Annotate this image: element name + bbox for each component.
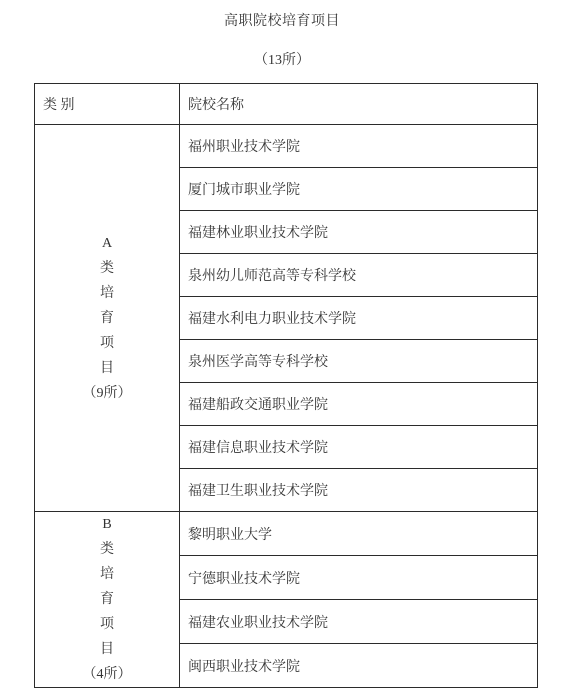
category-line: 目 (35, 356, 179, 381)
category-line: 培 (35, 562, 179, 587)
table-header-row: 类 别 院校名称 (35, 84, 538, 125)
category-count-line: （4所） (35, 662, 179, 687)
category-line: 培 (35, 281, 179, 306)
institution-cell: 泉州医学高等专科学校 (180, 340, 538, 383)
institution-cell: 福建水利电力职业技术学院 (180, 297, 538, 340)
institutions-table: 类 别 院校名称 A 类 培 育 项 目 （9所） 福州职业技术学院 厦门城市职… (34, 83, 538, 688)
category-line: 育 (35, 306, 179, 331)
page-title: 高职院校培育项目 (0, 0, 564, 30)
institution-cell: 宁德职业技术学院 (180, 556, 538, 600)
institution-cell: 福建船政交通职业学院 (180, 383, 538, 426)
document-page: 高职院校培育项目 （13所） 类 别 院校名称 A 类 培 育 项 目 （9所）… (0, 0, 564, 688)
institution-cell: 福建信息职业技术学院 (180, 426, 538, 469)
category-line: 类 (35, 256, 179, 281)
institution-cell: 福建卫生职业技术学院 (180, 469, 538, 512)
category-line: B (35, 512, 179, 537)
institution-cell: 闽西职业技术学院 (180, 644, 538, 688)
institution-count: （13所） (0, 52, 564, 69)
institution-cell: 福州职业技术学院 (180, 125, 538, 168)
category-count-line: （9所） (35, 381, 179, 406)
category-line: 育 (35, 587, 179, 612)
table-row: A 类 培 育 项 目 （9所） 福州职业技术学院 (35, 125, 538, 168)
category-line: 项 (35, 331, 179, 356)
category-line: 项 (35, 612, 179, 637)
institution-cell: 黎明职业大学 (180, 512, 538, 556)
institution-cell: 福建农业职业技术学院 (180, 600, 538, 644)
name-header: 院校名称 (180, 84, 538, 125)
category-cell-b: B 类 培 育 项 目 （4所） (35, 512, 180, 688)
institution-cell: 泉州幼儿师范高等专科学校 (180, 254, 538, 297)
category-line: 目 (35, 637, 179, 662)
category-header: 类 别 (35, 84, 180, 125)
category-cell-a: A 类 培 育 项 目 （9所） (35, 125, 180, 512)
institution-cell: 厦门城市职业学院 (180, 168, 538, 211)
table-row: B 类 培 育 项 目 （4所） 黎明职业大学 (35, 512, 538, 556)
category-line: 类 (35, 537, 179, 562)
category-line: A (35, 231, 179, 256)
institution-cell: 福建林业职业技术学院 (180, 211, 538, 254)
